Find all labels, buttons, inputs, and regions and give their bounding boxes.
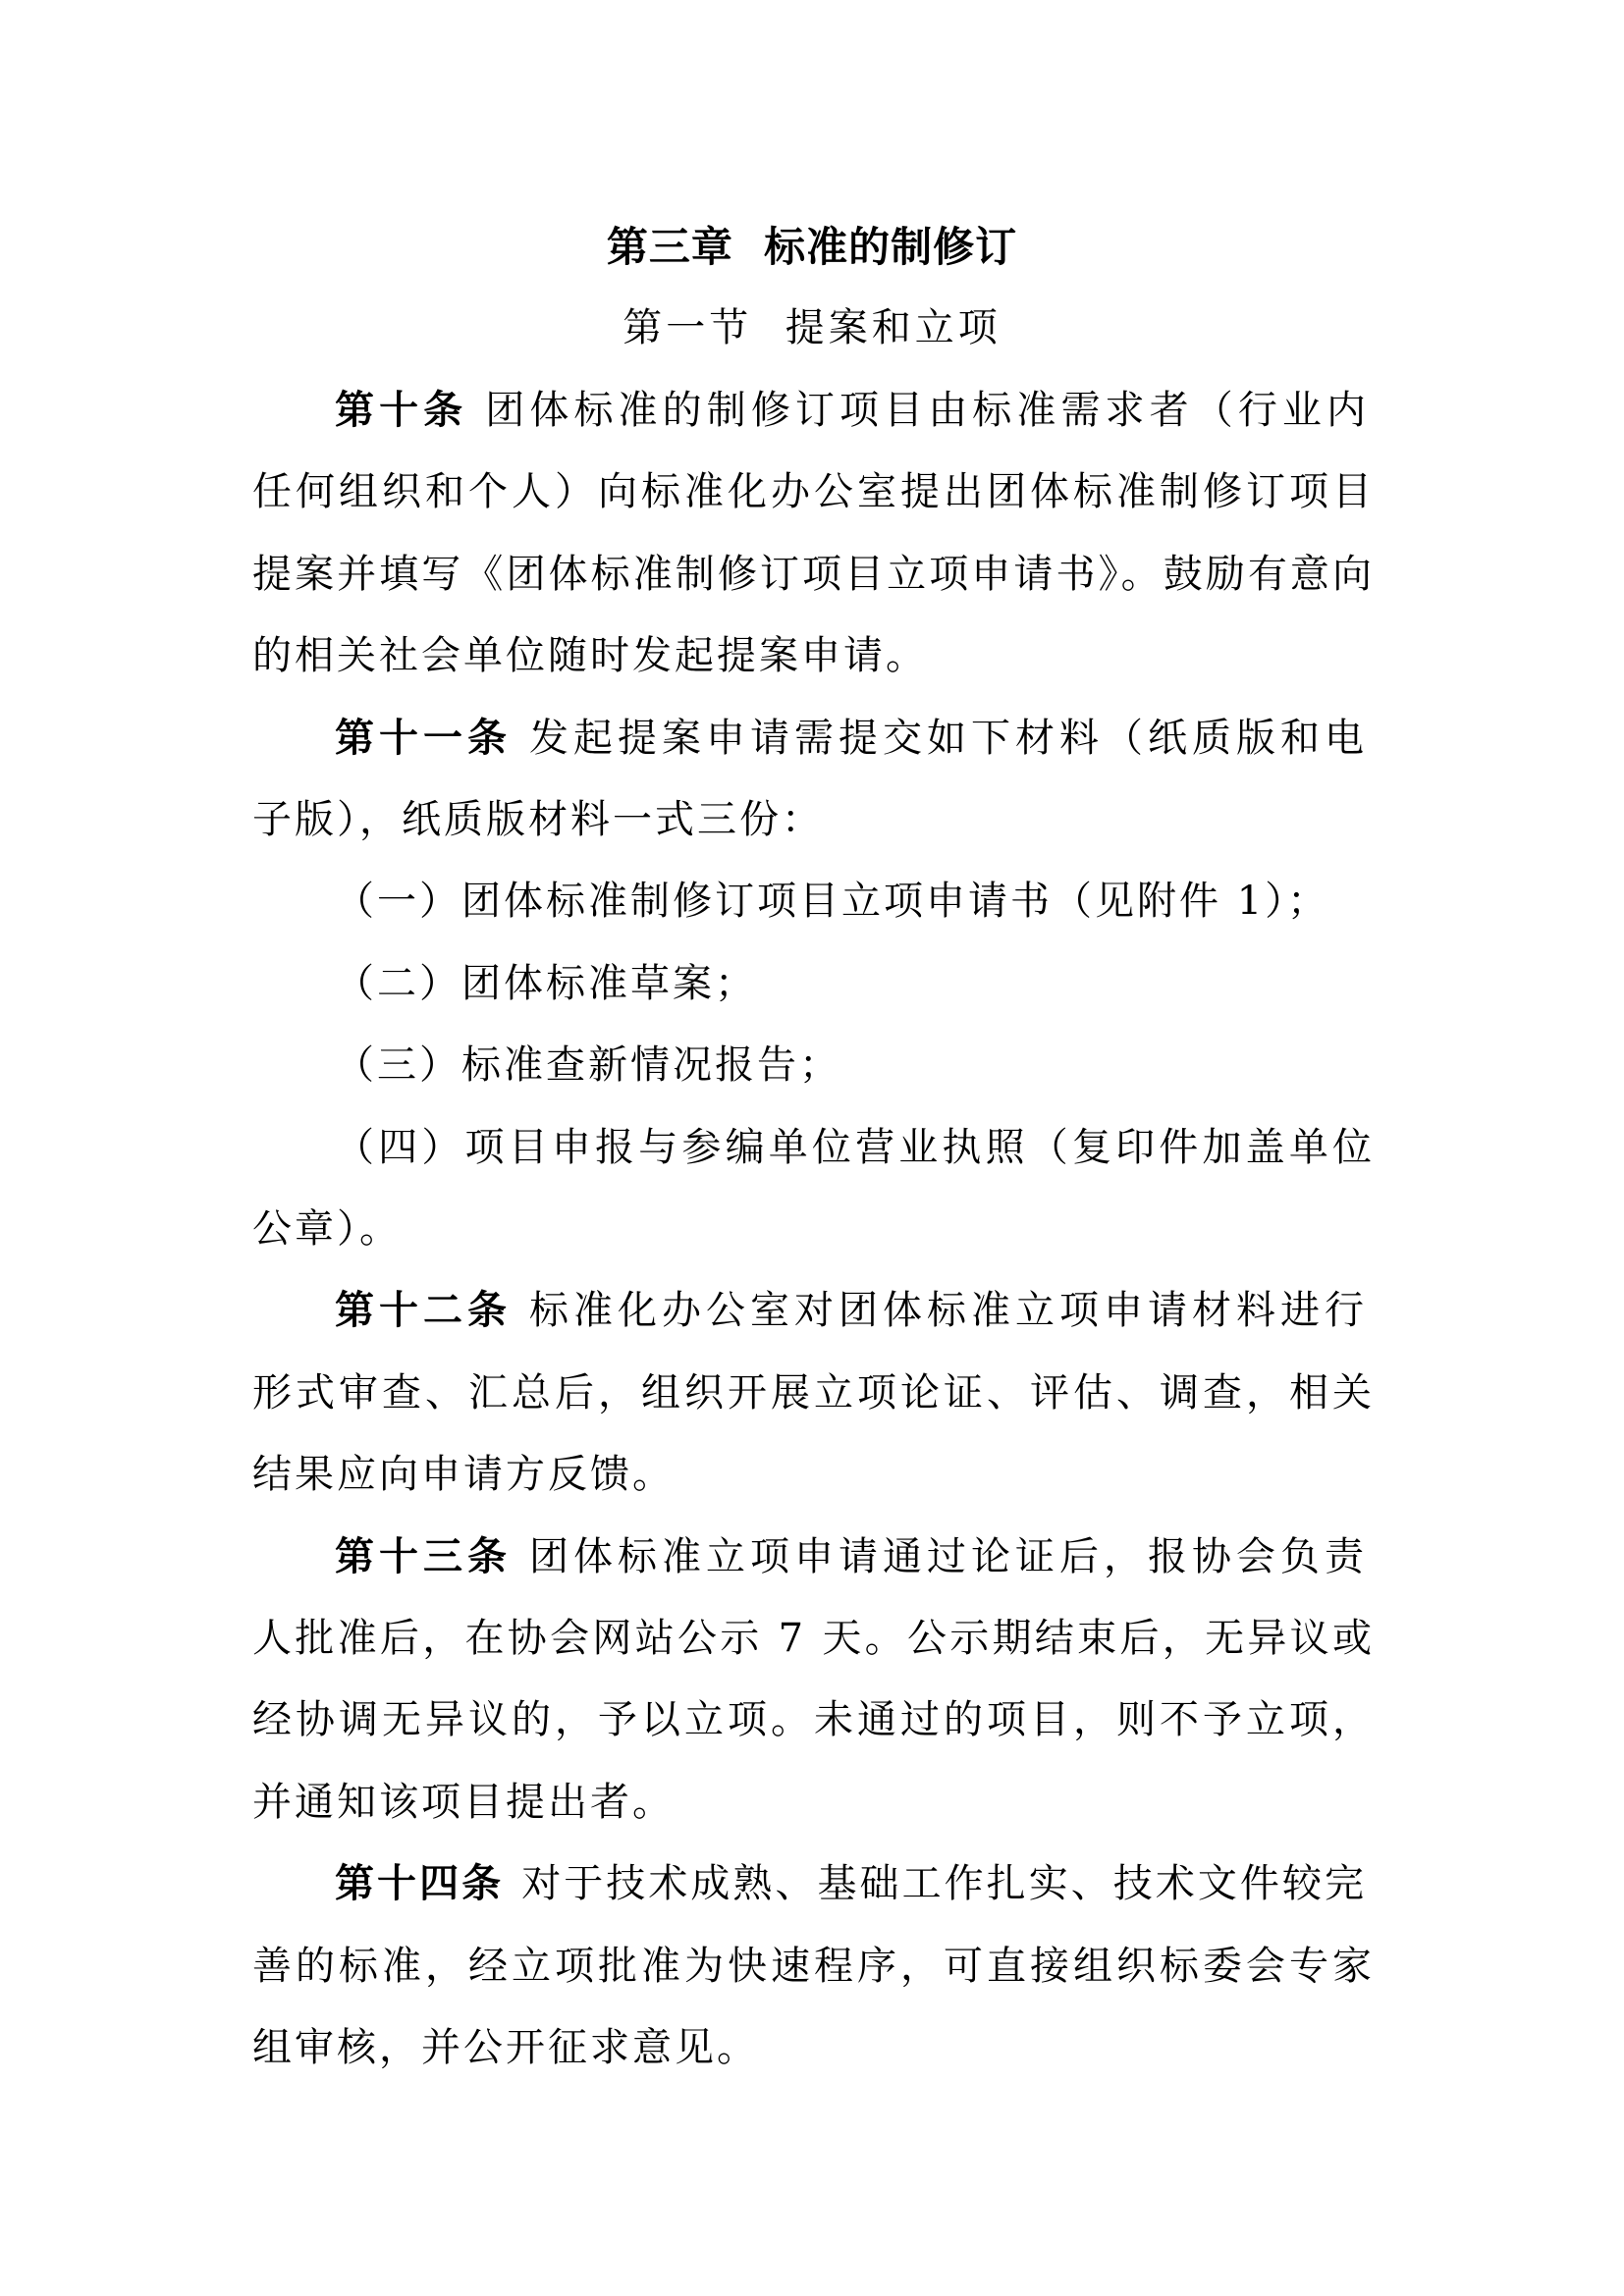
article-label: 第十二条 — [335, 1288, 512, 1333]
article-14-line-1: 第十四条对于技术成熟、基础工作扎实、技术文件较完 — [335, 1860, 1372, 1907]
section-title: 第一节 提案和立项 — [0, 303, 1624, 352]
article-text: 团体标准的制修订项目由标准需求者（行业内 — [485, 388, 1371, 433]
list-item-3: （三）标准查新情况报告； — [335, 1041, 1372, 1089]
list-item-2: （二）团体标准草案； — [335, 960, 1372, 1007]
article-13-line-4: 并通知该项目提出者。 — [252, 1779, 1372, 1826]
article-10-line-2: 任何组织和个人）向标准化办公室提出团体标准制修订项目 — [252, 468, 1372, 515]
list-item-4-line-1: （四）项目申报与参编单位营业执照（复印件加盖单位 — [335, 1124, 1372, 1171]
article-14-line-3: 组审核，并公开征求意见。 — [252, 2024, 1372, 2071]
article-text: 标准化办公室对团体标准立项申请材料进行 — [529, 1288, 1369, 1333]
article-12-line-1: 第十二条标准化办公室对团体标准立项申请材料进行 — [335, 1287, 1372, 1334]
article-12-line-3: 结果应向申请方反馈。 — [252, 1451, 1372, 1498]
article-text: 发起提案申请需提交如下材料（纸质版和电 — [529, 716, 1369, 761]
article-12-line-2: 形式审查、汇总后，组织开展立项论证、评估、调查，相关 — [252, 1369, 1372, 1416]
article-text: 对于技术成熟、基础工作扎实、技术文件较完 — [521, 1861, 1367, 1906]
article-label: 第十三条 — [335, 1534, 512, 1579]
article-11-line-2: 子版），纸质版材料一式三份： — [252, 796, 1372, 843]
article-13-line-1: 第十三条团体标准立项申请通过论证后，报协会负责 — [335, 1533, 1372, 1580]
list-item-1: （一）团体标准制修订项目立项申请书（见附件 1）； — [335, 878, 1372, 925]
article-14-line-2: 善的标准，经立项批准为快速程序，可直接组织标委会专家 — [252, 1943, 1372, 1990]
article-10-line-4: 的相关社会单位随时发起提案申请。 — [252, 632, 1372, 679]
article-13-line-3: 经协调无异议的，予以立项。未通过的项目，则不予立项， — [252, 1696, 1372, 1743]
article-10-line-1: 第十条团体标准的制修订项目由标准需求者（行业内 — [335, 387, 1372, 434]
article-10-line-3: 提案并填写《团体标准制修订项目立项申请书》。鼓励有意向 — [252, 551, 1372, 598]
article-label: 第十一条 — [335, 716, 512, 761]
article-11-line-1: 第十一条发起提案申请需提交如下材料（纸质版和电 — [335, 715, 1372, 762]
article-text: 团体标准立项申请通过论证后，报协会负责 — [529, 1534, 1369, 1579]
list-item-4-line-2: 公章）。 — [252, 1205, 1372, 1253]
article-label: 第十条 — [335, 388, 467, 433]
chapter-title: 第三章 标准的制修订 — [0, 222, 1624, 273]
article-label: 第十四条 — [335, 1861, 504, 1906]
document-page: 第三章 标准的制修订 第一节 提案和立项 第十条团体标准的制修订项目由标准需求者… — [0, 0, 1624, 2296]
article-13-line-2: 人批准后，在协会网站公示 7 天。公示期结束后，无异议或 — [252, 1615, 1372, 1662]
